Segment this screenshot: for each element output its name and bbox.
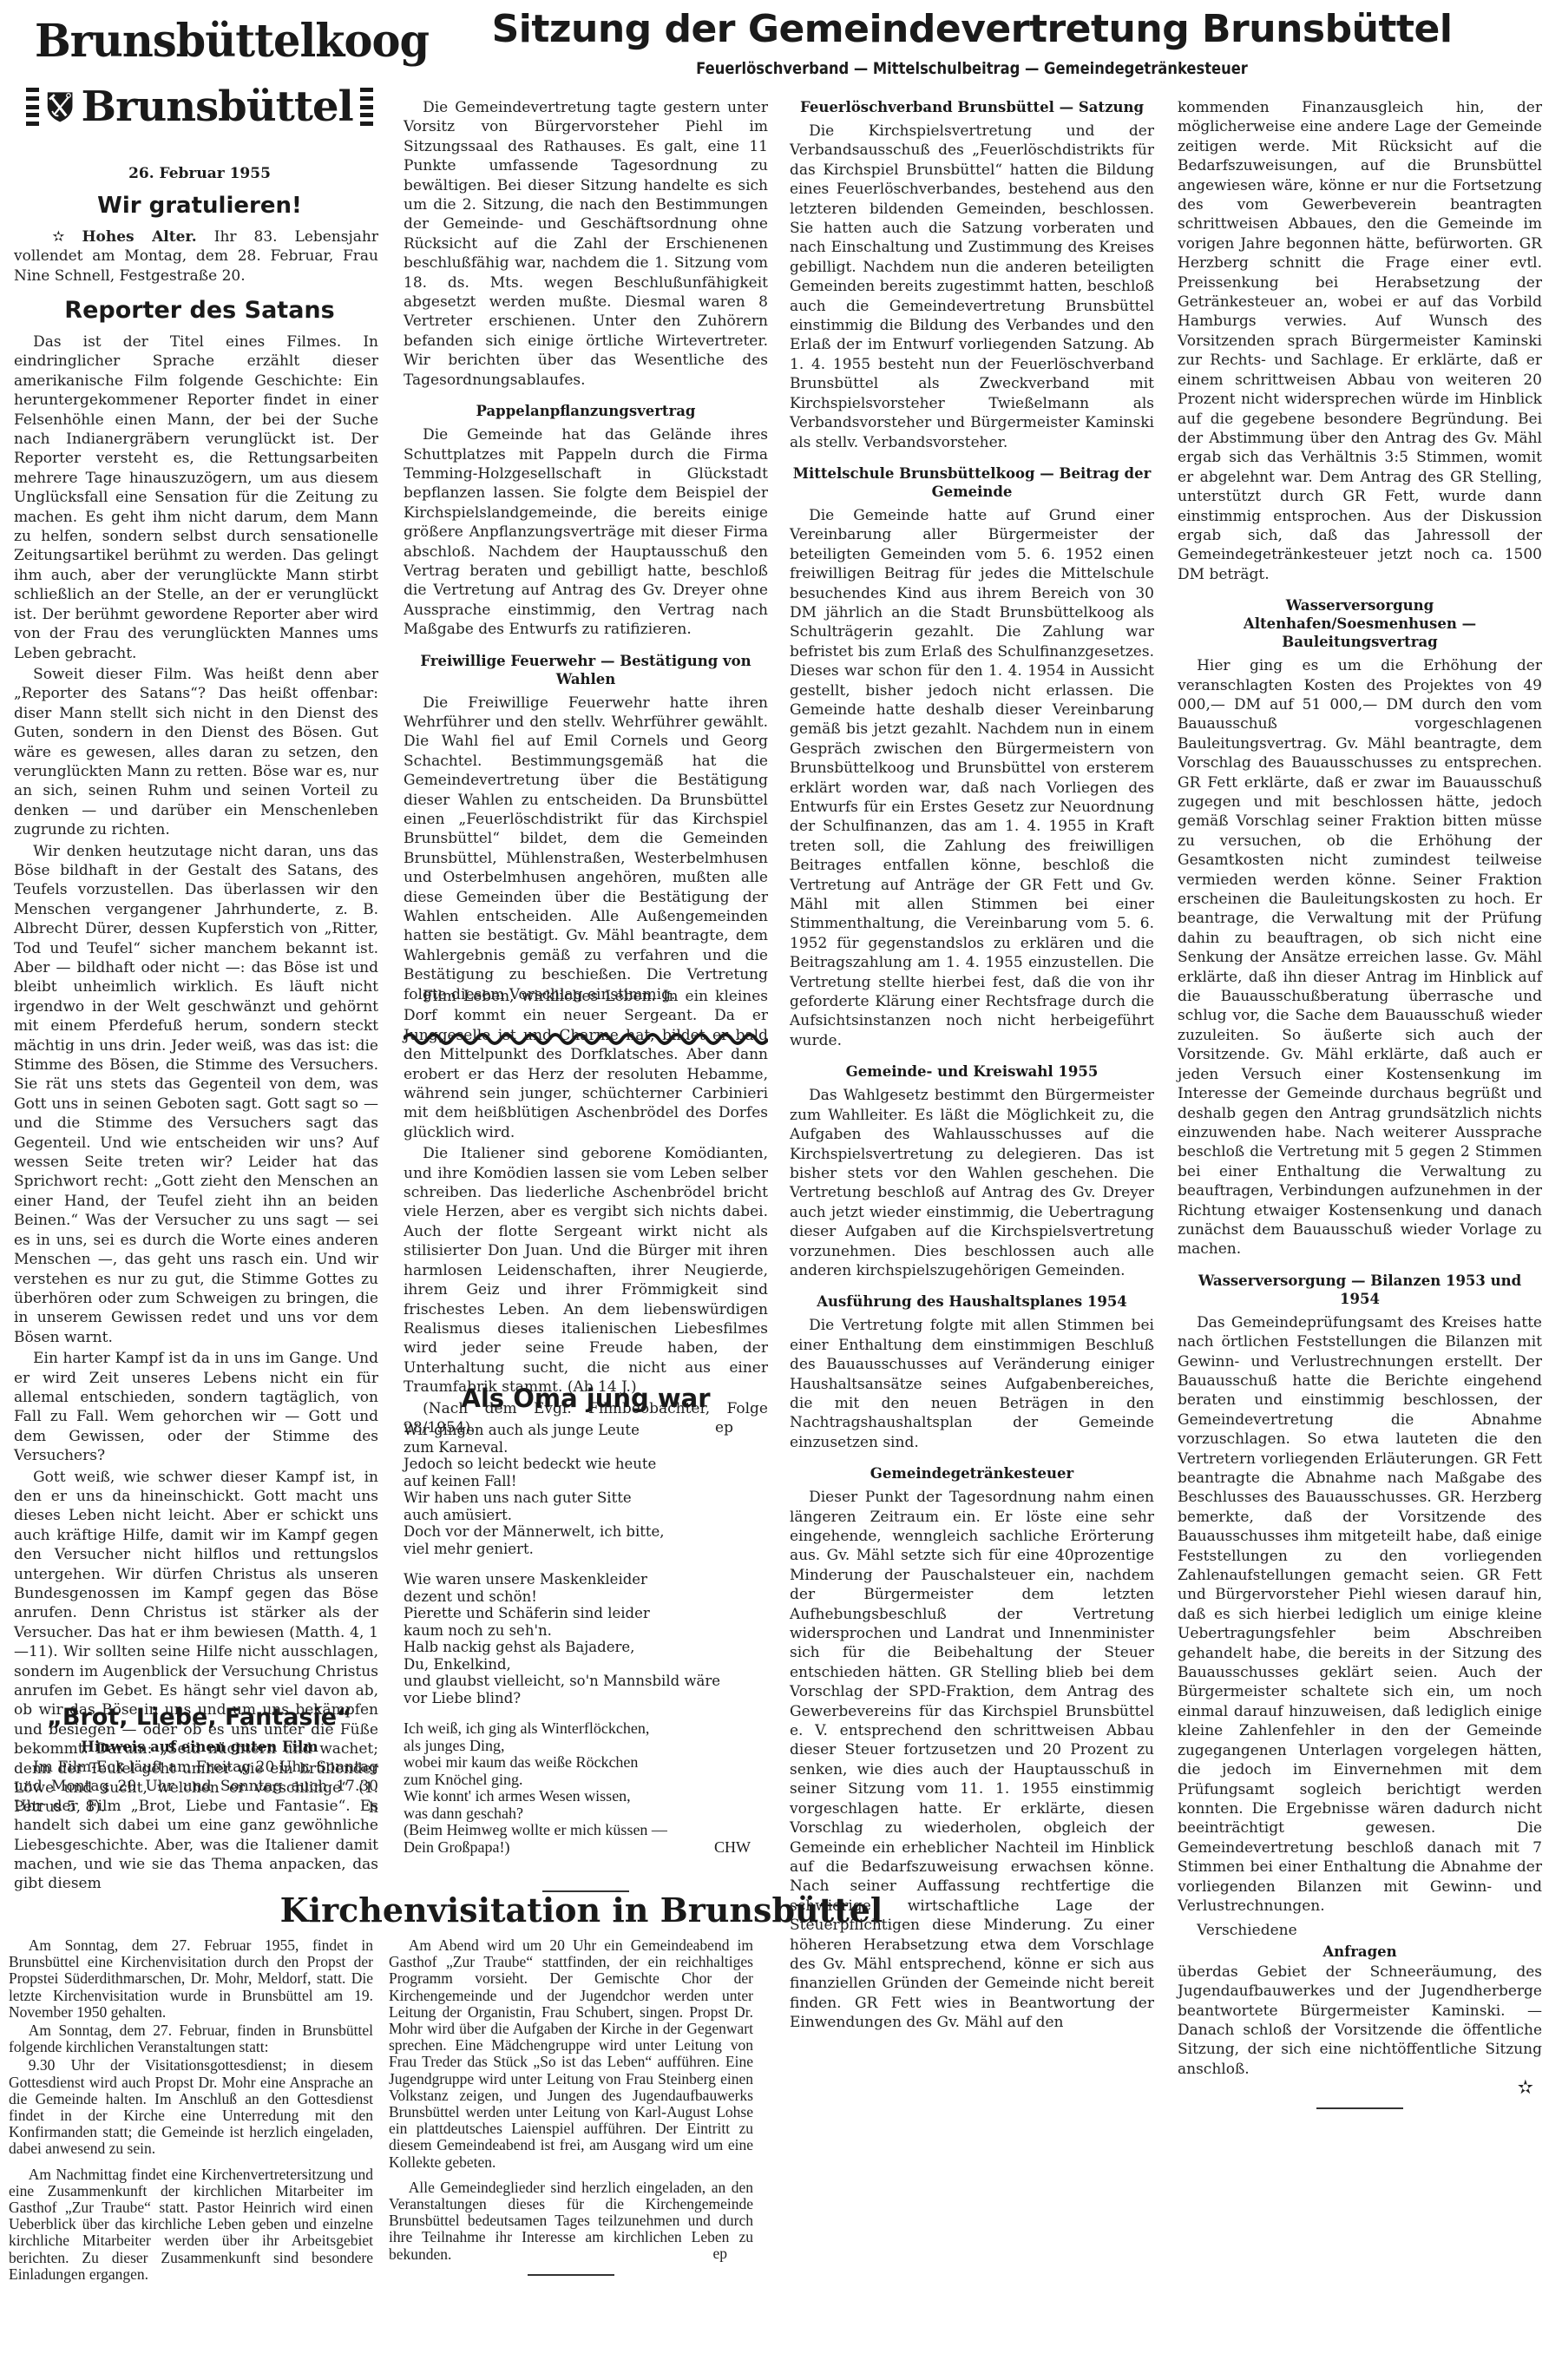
section-text: Die Freiwillige Feuerwehr hatte ihren We… — [404, 694, 768, 1005]
poem-line: und glaubst vielleicht, so'n Mannsbild w… — [404, 1673, 768, 1690]
section-text: Die Gemeinde hat das Gelände ihres Schut… — [404, 425, 768, 639]
reporter-article: Das ist der Titel eines Filmes. In eindr… — [14, 332, 378, 1818]
verschiedene-label: Verschiedene — [1178, 1921, 1542, 1940]
kirche-paragraph: Am Nachmittag findet eine Kirchenvertret… — [9, 2166, 373, 2283]
anfragen-text: überdas Gebiet der Schneeräumung, des Ju… — [1178, 1963, 1542, 2079]
poem-line: vor Liebe blind? — [404, 1690, 768, 1707]
ribbon-right-icon — [360, 88, 373, 126]
anfragen-heading: Anfragen — [1178, 1943, 1542, 1961]
sitzung-intro: Die Gemeindevertretung tagte gestern unt… — [404, 98, 768, 390]
poem-line: Wir gingen auch als junge Leute — [404, 1422, 768, 1439]
gratulation-body: ✫ Hohes Alter. Ihr 83. Lebensjahr vollen… — [14, 227, 378, 286]
masthead-row2: Brunsbüttel — [26, 71, 373, 142]
poem-line: Doch vor der Männerwelt, ich bitte, — [404, 1523, 768, 1541]
masthead: Brunsbüttelkoog Brunsbüttel — [26, 16, 373, 163]
section-text: Das Wahlgesetz bestimmt den Bürgermeiste… — [790, 1086, 1154, 1280]
divider-rule — [528, 2274, 614, 2276]
kirche-column-2: Am Abend wird um 20 Uhr ein Gemeindeaben… — [389, 1937, 753, 2276]
gratulation-heading: Wir gratulieren! — [17, 193, 382, 219]
oma-poem: Wir gingen auch als junge Leute zum Karn… — [404, 1422, 768, 1892]
poem-line: auch amüsiert. — [404, 1507, 768, 1524]
star-icon: ✫ — [33, 227, 64, 247]
section-heading: Gemeindegetränkesteuer — [790, 1464, 1154, 1483]
poem-line: Halb nackig gehst als Bajadere, — [404, 1639, 768, 1656]
gratulation-lead: Hohes Alter. — [82, 228, 196, 246]
poem-line: was dann geschah? — [404, 1805, 768, 1823]
poem-line: dezent und schön! — [404, 1588, 768, 1606]
star-icon: ✫ — [1178, 2079, 1542, 2098]
brot-article-part1: Im Film-Eck läuft am Freitag 20 Uhr, Son… — [14, 1758, 378, 1894]
oma-heading: Als Oma jung war — [399, 1384, 772, 1413]
ribbon-left-icon — [26, 88, 39, 126]
sitzung-column-2: Feuerlöschverband Brunsbüttel — Satzung … — [790, 98, 1154, 2033]
kirche-paragraph: 9.30 Uhr der Visitationsgottesdienst; in… — [9, 2057, 373, 2157]
sitzung-subheadline: Feuerlöschverband — Mittelschulbeitrag —… — [472, 59, 1472, 78]
poem-line: als junges Ding, — [404, 1738, 768, 1755]
section-text-continued: kommenden Finanzausgleich hin, der mögli… — [1178, 98, 1542, 584]
poem-line: kaum noch zu seh'n. — [404, 1622, 768, 1640]
poem-line: Wie konnt' ich armes Wesen wissen, — [404, 1788, 768, 1805]
masthead-title-line2: Brunsbüttel — [82, 82, 353, 131]
section-text: Das Gemeindeprüfungsamt des Kreises hatt… — [1178, 1313, 1542, 1916]
poem-line: viel mehr geniert. — [404, 1541, 768, 1558]
brot-paragraph: Film Leben, wirkliches Leben. In ein kle… — [404, 987, 768, 1142]
reporter-paragraph: Soweit dieser Film. Was heißt denn aber … — [14, 665, 378, 840]
reporter-paragraph: Ein harter Kampf ist da in uns im Gange.… — [14, 1349, 378, 1465]
brot-heading: „Brot, Liebe, Fantasie“ — [17, 1704, 382, 1731]
poem-line: auf keinen Fall! — [404, 1473, 768, 1490]
section-heading: Wasserversorgung Altenhafen/Soesmenhusen… — [1178, 596, 1542, 651]
poem-line: (Beim Heimweg wollte er mich küssen — — [404, 1822, 768, 1839]
section-text: Die Vertretung folgte mit allen Stimmen … — [790, 1316, 1154, 1452]
poem-stanza: Ich weiß, ich ging als Winterflöckchen, … — [404, 1720, 768, 1856]
poem-line: Du, Enkelkind, — [404, 1656, 768, 1673]
masthead-title-line1: Brunsbüttelkoog — [35, 16, 364, 68]
section-heading: Freiwillige Feuerwehr — Bestätigung von … — [404, 652, 768, 688]
poem-line: Dein Großpapa!) — [404, 1839, 509, 1857]
poem-stanza: Wir gingen auch als junge Leute zum Karn… — [404, 1422, 768, 1557]
kirche-paragraph: Am Sonntag, dem 27. Februar 1955, findet… — [9, 1937, 373, 2021]
section-text: Dieser Punkt der Tagesordnung nahm einen… — [790, 1488, 1154, 2032]
poem-line: zum Knöchel ging. — [404, 1772, 768, 1789]
brot-subheading: Hinweis auf einen guten Film — [17, 1739, 382, 1755]
poem-line: Jedoch so leicht bedeckt wie heute — [404, 1456, 768, 1473]
section-text: Die Kirchspielsvertretung und der Verban… — [790, 122, 1154, 452]
section-heading: Gemeinde- und Kreiswahl 1955 — [790, 1062, 1154, 1081]
section-text: Hier ging es um die Erhöhung der veransc… — [1178, 656, 1542, 1259]
section-text: Die Gemeinde hatte auf Grund einer Verei… — [790, 506, 1154, 1050]
brot-paragraph: Die Italiener sind geborene Komödianten,… — [404, 1144, 768, 1397]
brot-paragraph: Im Film-Eck läuft am Freitag 20 Uhr, Son… — [14, 1758, 378, 1894]
kirche-paragraph: Am Sonntag, dem 27. Februar, finden in B… — [9, 2022, 373, 2055]
poem-line: Wie waren unsere Maskenkleider — [404, 1571, 768, 1588]
section-heading: Ausführung des Haushaltsplanes 1954 — [790, 1292, 1154, 1311]
section-heading: Feuerlöschverband Brunsbüttel — Satzung — [790, 98, 1154, 116]
poem-line: Pierette und Schäferin sind leider — [404, 1605, 768, 1622]
poem-last-row: Dein Großpapa!) CHW — [404, 1839, 768, 1857]
poem-line: Ich weiß, ich ging als Winterflöckchen, — [404, 1720, 768, 1738]
sitzung-headline: Sitzung der Gemeindevertretung Brunsbütt… — [390, 5, 1553, 54]
sitzung-column-1: Die Gemeindevertretung tagte gestern unt… — [404, 98, 768, 1053]
sitzung-column-3: kommenden Finanzausgleich hin, der mögli… — [1178, 98, 1542, 2109]
reporter-paragraph: Das ist der Titel eines Filmes. In eindr… — [14, 332, 378, 663]
poem-line: zum Karneval. — [404, 1439, 768, 1456]
section-heading: Wasserversorgung — Bilanzen 1953 und 195… — [1178, 1272, 1542, 1308]
kirche-paragraph: Am Abend wird um 20 Uhr ein Gemeindeaben… — [389, 1937, 753, 2171]
poem-line: Wir haben uns nach guter Sitte — [404, 1489, 768, 1507]
kirche-column-1: Am Sonntag, dem 27. Februar 1955, findet… — [9, 1937, 373, 2283]
section-heading: Pappelanpflanzungsvertrag — [404, 402, 768, 420]
shield-anchor-crest-icon — [46, 71, 74, 142]
divider-rule — [1316, 2107, 1403, 2109]
reporter-heading: Reporter des Satans — [17, 297, 382, 324]
issue-date: 26. Februar 1955 — [26, 165, 373, 182]
poem-signature: CHW — [714, 1839, 768, 1857]
reporter-paragraph: Wir denken heutzutage nicht daran, uns d… — [14, 842, 378, 1348]
kirche-heading: Kirchenvisitation in Brunsbüttel — [121, 1890, 1041, 1930]
brot-article-part2: Film Leben, wirkliches Leben. In ein kle… — [404, 987, 768, 1438]
poem-stanza: Wie waren unsere Maskenkleider dezent un… — [404, 1571, 768, 1706]
poem-line: wobei mir kaum das weiße Röckchen — [404, 1754, 768, 1772]
section-heading: Mittelschule Brunsbüttelkoog — Beitrag d… — [790, 464, 1154, 501]
